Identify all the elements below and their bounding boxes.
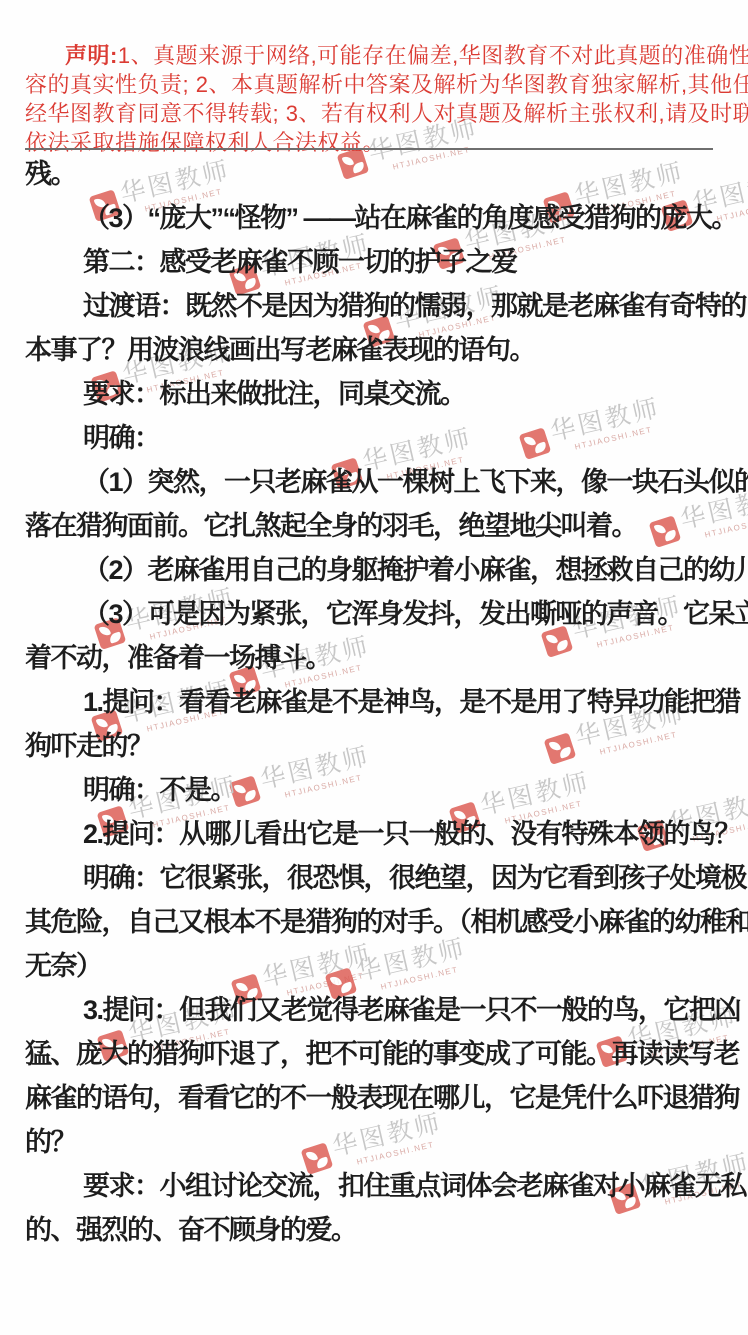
disclaimer-line: 经华图教育同意不得转载; 3、若有权利人对真题及解析主张权利,请及时联系我司,我… (25, 99, 725, 128)
text-line: 着不动，准备着一场搏斗。 (25, 636, 735, 680)
text-line: 第二：感受老麻雀不顾一切的护子之爱 (25, 240, 735, 284)
text-line: 落在猎狗面前。它扎煞起全身的羽毛，绝望地尖叫着。 (25, 504, 735, 548)
text-line: 要求：标出来做批注，同桌交流。 (25, 372, 735, 416)
text-line: 过渡语：既然不是因为猎狗的懦弱，那就是老麻雀有奇特的 (25, 284, 735, 328)
lesson-text-block: 残。（3）“庞大”“怪物” ——站在麻雀的角度感受猎狗的庞大。第二：感受老麻雀不… (25, 152, 735, 1252)
text-line: （3）“庞大”“怪物” ——站在麻雀的角度感受猎狗的庞大。 (25, 196, 735, 240)
text-line: 明确：不是。 (25, 768, 735, 812)
text-line: 1.提问：看看老麻雀是不是神鸟，是不是用了特异功能把猎 (25, 680, 735, 724)
text-line: 明确： (25, 416, 735, 460)
text-line: 狗吓走的？ (25, 724, 735, 768)
text-line: 的？ (25, 1120, 735, 1164)
text-line: 本事了？用波浪线画出写老麻雀表现的语句。 (25, 328, 735, 372)
text-line: （1）突然，一只老麻雀从一棵树上飞下来，像一块石头似的 (25, 460, 735, 504)
text-line: （3）可是因为紧张，它浑身发抖，发出嘶哑的声音。它呆立 (25, 592, 735, 636)
text-line: 要求：小组讨论交流，扣住重点词体会老麻雀对小麻雀无私 (25, 1164, 735, 1208)
disclaimer-line: 声明:1、真题来源于网络,可能存在偏差,华图教育不对此真题的准确性、合法性以及内 (25, 41, 725, 70)
text-line: 麻雀的语句，看看它的不一般表现在哪儿，它是凭什么吓退猎狗 (25, 1076, 735, 1120)
disclaimer-block: 声明:1、真题来源于网络,可能存在偏差,华图教育不对此真题的准确性、合法性以及内… (25, 41, 725, 157)
disclaimer-bold-prefix: 声明: (65, 43, 118, 68)
text-line: 的、强烈的、奋不顾身的爱。 (25, 1208, 735, 1252)
text-line: 残。 (25, 152, 735, 196)
text-line: 无奈） (25, 944, 735, 988)
text-line: 2.提问：从哪儿看出它是一只一般的、没有特殊本领的鸟？ (25, 812, 735, 856)
text-line: 其危险，自己又根本不是猎狗的对手。（相机感受小麻雀的幼稚和 (25, 900, 735, 944)
text-line: （2）老麻雀用自己的身躯掩护着小麻雀，想拯救自己的幼儿。 (25, 548, 735, 592)
document-page: 华图教师HTJIAOSHI.NET华图教师HTJIAOSHI.NET华图教师HT… (0, 0, 748, 1335)
disclaimer-line: 容的真实性负责; 2、本真题解析中答案及解析为华图教育独家解析,其他任何机构及个… (25, 70, 725, 99)
text-line: 3.提问：但我们又老觉得老麻雀是一只不一般的鸟，它把凶 (25, 988, 735, 1032)
text-line: 猛、庞大的猎狗吓退了，把不可能的事变成了可能。再读读写老 (25, 1032, 735, 1076)
horizontal-divider (25, 148, 713, 150)
text-line: 明确：它很紧张，很恐惧，很绝望，因为它看到孩子处境极 (25, 856, 735, 900)
